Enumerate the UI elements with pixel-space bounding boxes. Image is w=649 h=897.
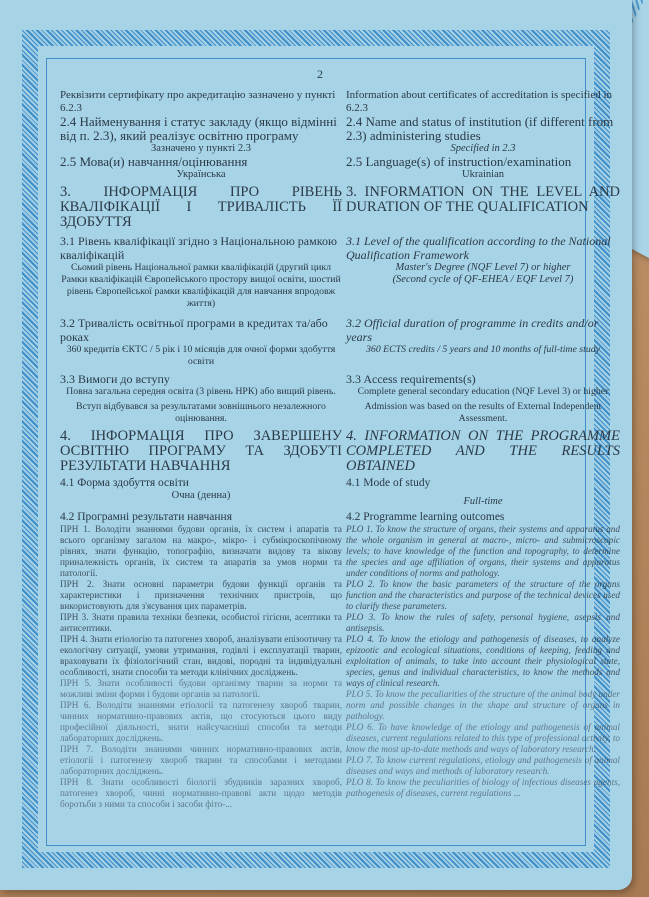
s41-value-en: Full-time xyxy=(346,496,620,508)
s41-label-ua: 4.1 Форма здобуття освіти xyxy=(60,476,342,490)
outcome-ua-3: ПРН 3. Знати правила техніки безпеки, ос… xyxy=(60,612,342,634)
s42-label-ua: 4.2 Програмні результати навчання xyxy=(60,510,342,524)
outcome-en-3: PLO 3. To know the rules of safety, pers… xyxy=(346,612,620,634)
s33-label-ua: 3.3 Вимоги до вступу xyxy=(60,372,342,386)
s33-value-en-line2: Admission was based on the results of Ex… xyxy=(346,401,620,425)
s31-value-ua: Сьомий рівень Національної рамки кваліфі… xyxy=(60,262,342,310)
document-page: 2 Реквізити сертифікату про акредитацію … xyxy=(0,0,632,890)
s33-label-en: 3.3 Access requirements(s) xyxy=(346,372,620,386)
outcome-en-8: PLO 8. To know the peculiarities of biol… xyxy=(346,777,620,799)
outcome-ua-6: ПРН 6. Володіти знаннями етіології та па… xyxy=(60,700,342,744)
s33-value-ua-line2: Вступ відбувався за результатами зовнішн… xyxy=(60,401,342,425)
s32-label-en: 3.2 Official duration of programme in cr… xyxy=(346,316,620,344)
outcome-ua-7: ПРН 7. Володіти знаннями чинних норматив… xyxy=(60,744,342,777)
learning-outcomes-en: PLO 1. To know the structure of organs, … xyxy=(346,524,620,810)
outcome-ua-1: ПРН 1. Володіти знаннями будови органів,… xyxy=(60,524,342,579)
section3-title-ua: 3. Інформація про рівень кваліфікації і … xyxy=(60,185,342,230)
outcome-en-1: PLO 1. To know the structure of organs, … xyxy=(346,524,620,579)
s41-label-en: 4.1 Mode of study xyxy=(346,476,620,490)
s31-label-en: 3.1 Level of the qualification according… xyxy=(346,234,620,262)
s25-label-ua: 2.5 Мова(и) навчання/оцінювання xyxy=(60,155,342,169)
cert-info-en: Information about certificates of accred… xyxy=(346,89,620,115)
s31-label-ua: 3.1 Рівень кваліфікації згідно з Націона… xyxy=(60,234,342,262)
page-number: 2 xyxy=(20,68,620,81)
outcome-ua-8: ПРН 8. Знати особливості біології збудни… xyxy=(60,777,342,810)
s32-label-ua: 3.2 Тривалість освітньої програми в кред… xyxy=(60,316,342,344)
s24-label-ua: 2.4 Найменування і статус закладу (якщо … xyxy=(60,115,342,143)
s32-value-en: 360 ECTS credits / 5 years and 10 months… xyxy=(346,344,620,356)
section4-title-en: 4. Information on the programme complete… xyxy=(346,429,620,474)
outcome-en-6: PLO 6. To have knowledge of the etiology… xyxy=(346,722,620,755)
s41-value-ua: Очна (денна) xyxy=(60,490,342,502)
cert-info-ua: Реквізити сертифікату про акредитацію за… xyxy=(60,89,342,115)
s31-value-en-line1: Master's Degree (NQF Level 7) or higher xyxy=(346,262,620,274)
outcome-ua-2: ПРН 2. Знати основні параметри будови фу… xyxy=(60,579,342,612)
s42-label-en: 4.2 Programme learning outcomes xyxy=(346,510,620,524)
s31-value-en-line2: (Second cycle of QF-EHEA / EQF Level 7) xyxy=(346,274,620,286)
s32-value-ua: 360 кредитів ЄКТС / 5 рік і 10 місяців д… xyxy=(60,344,342,368)
outcome-ua-4: ПРН 4. Знати етіологію та патогенез хвор… xyxy=(60,634,342,678)
learning-outcomes-ua: ПРН 1. Володіти знаннями будови органів,… xyxy=(60,524,346,810)
s25-value-ua: Українська xyxy=(60,169,342,181)
section4-title-ua: 4. Інформація про завершену освітню прог… xyxy=(60,429,342,474)
s33-value-ua-line1: Повна загальна середня освіта (3 рівень … xyxy=(60,386,342,398)
outcome-ua-5: ПРН 5. Знати особливості будови організм… xyxy=(60,678,342,700)
s25-value-en: Ukrainian xyxy=(346,169,620,181)
s25-label-en: 2.5 Language(s) of instruction/examinati… xyxy=(346,155,620,169)
document-content: 2 Реквізити сертифікату про акредитацію … xyxy=(60,68,620,810)
outcome-en-5: PLO 5. To know the peculiarities of the … xyxy=(346,689,620,722)
outcome-en-2: PLO 2. To know the basic parameters of t… xyxy=(346,579,620,612)
section3-title-en: 3. Information on the level and duration… xyxy=(346,185,620,215)
outcome-en-7: PLO 7. To know current regulations, etio… xyxy=(346,755,620,777)
outcome-en-4: PLO 4. To know the etiology and pathogen… xyxy=(346,634,620,689)
s33-value-en-line1: Complete general secondary education (NQ… xyxy=(346,386,620,398)
s24-label-en: 2.4 Name and status of institution (if d… xyxy=(346,115,620,143)
